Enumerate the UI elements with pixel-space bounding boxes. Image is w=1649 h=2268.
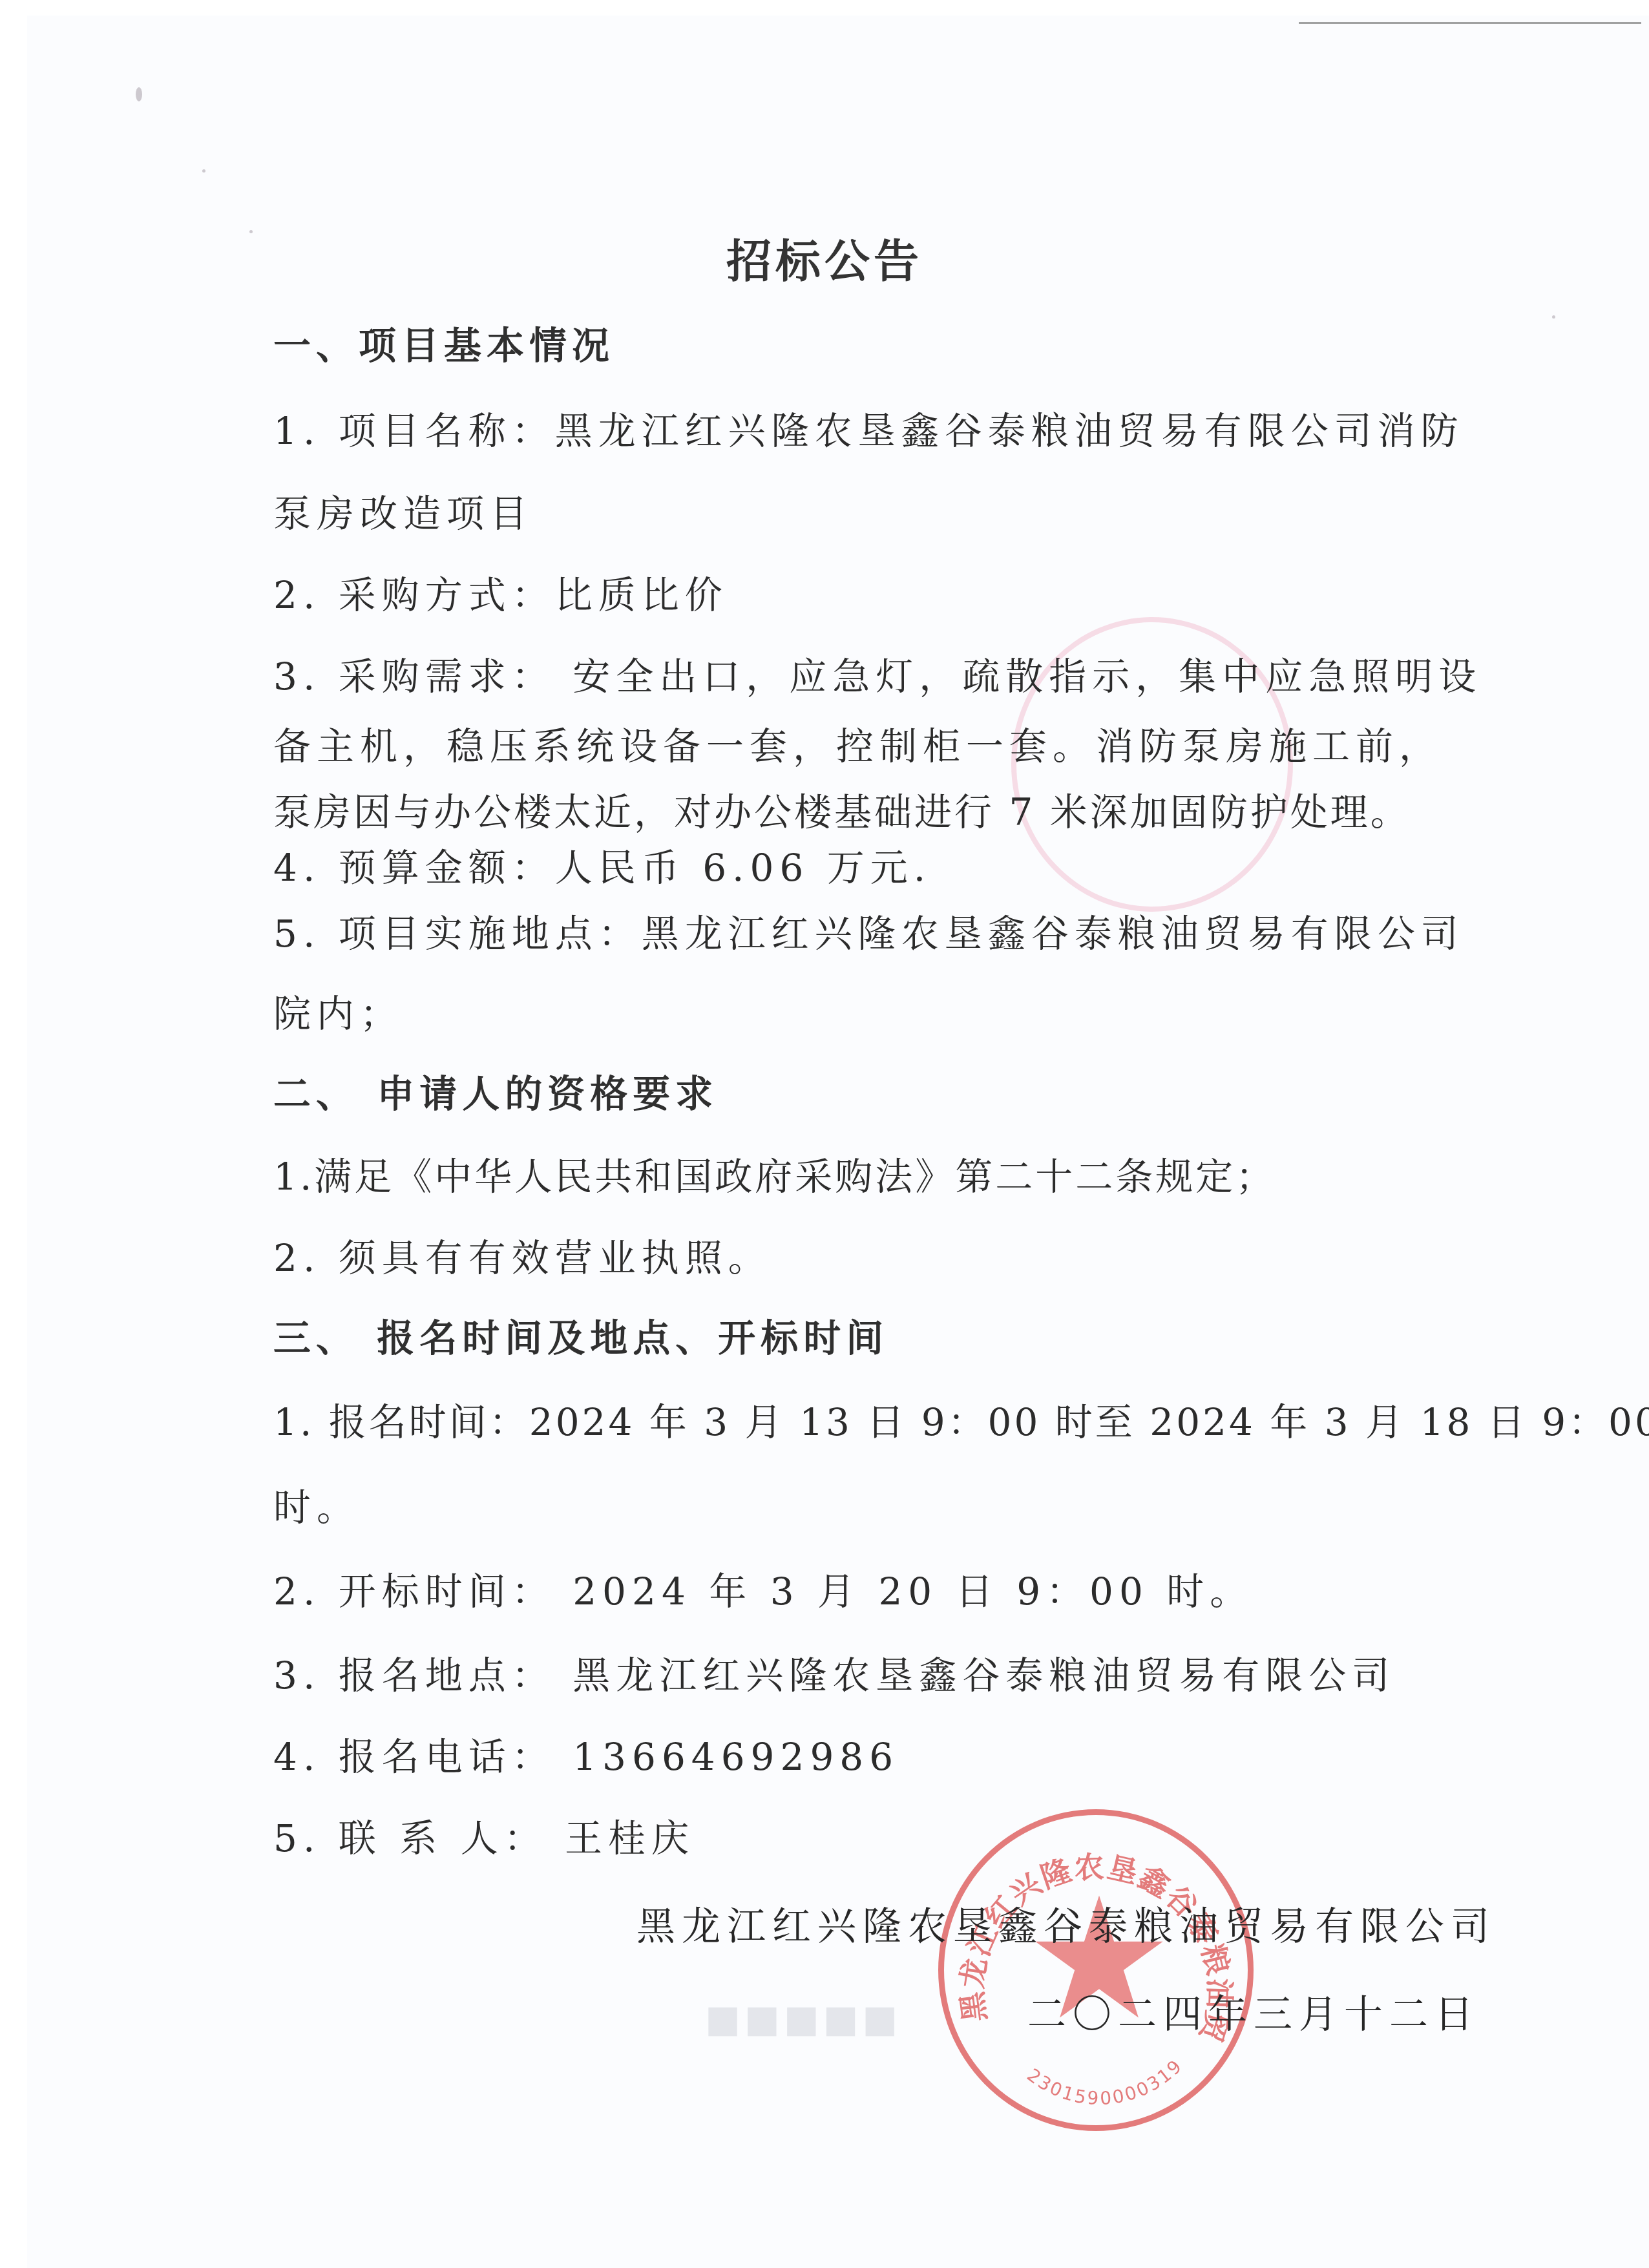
item-procurement-needs-cont-2: 泵房因与办公楼太近，对办公楼基础进行 7 米深加固防护处理。 [273, 790, 1411, 835]
item-project-name-cont: 泵房改造项目 [273, 491, 533, 536]
scan-margin-top [0, 0, 1649, 16]
item-location: 5. 项目实施地点：黑龙江红兴隆农垦鑫谷泰粮油贸易有限公司 [273, 911, 1464, 956]
signature-company: 黑龙江红兴隆农垦鑫谷泰粮油贸易有限公司 [636, 1904, 1496, 1950]
scan-speck [1552, 315, 1555, 319]
item-location-cont: 院内； [273, 991, 403, 1036]
section-heading-1: 一、项目基本情况 [273, 323, 614, 368]
scan-speck [136, 87, 142, 101]
reverse-side-show-through: ■■■■■ [701, 1997, 898, 2041]
item-registration-phone: 4. 报名电话： 13664692986 [273, 1734, 899, 1780]
item-procurement-needs-cont-1: 备主机，稳压系统设备一套，控制柜一套。消防泵房施工前， [273, 724, 1442, 769]
section-heading-3: 三、 报名时间及地点、开标时间 [273, 1316, 888, 1361]
document-title: 招标公告 [0, 234, 1649, 289]
scan-speck [249, 230, 253, 233]
svg-text:2301590000319: 2301590000319 [1023, 2055, 1187, 2109]
item-qualification-license: 2. 须具有有效营业执照。 [273, 1235, 772, 1281]
signature-date: 二〇二四年三月十二日 [1027, 1991, 1480, 2038]
section-heading-2: 二、 申请人的资格要求 [273, 1071, 718, 1117]
scan-margin-left [0, 0, 27, 2268]
scan-speck [202, 169, 205, 173]
item-registration-time-cont: 时。 [273, 1485, 360, 1530]
item-registration-place: 3. 报名地点： 黑龙江红兴隆农垦鑫谷泰粮油贸易有限公司 [273, 1653, 1395, 1698]
item-project-name: 1. 项目名称：黑龙江红兴隆农垦鑫谷泰粮油贸易有限公司消防 [273, 408, 1464, 454]
item-budget: 4. 预算金额：人民币 6.06 万元. [273, 845, 931, 890]
item-procurement-method: 2. 采购方式：比质比价 [273, 572, 728, 618]
scan-edge-line [1299, 22, 1641, 24]
item-contact-person: 5. 联 系 人： 王桂庆 [273, 1816, 695, 1861]
item-bid-opening-time: 2. 开标时间： 2024 年 3 月 20 日 9：00 时。 [273, 1569, 1253, 1614]
item-registration-time: 1. 报名时间：2024 年 3 月 13 日 9：00 时至 2024 年 3… [273, 1400, 1649, 1445]
company-seal: 黑龙江红兴隆农垦鑫谷泰粮油贸易有限公司 2301590000319 [938, 1809, 1254, 2131]
item-procurement-needs: 3. 采购需求： 安全出口，应急灯，疏散指示，集中应急照明设 [273, 654, 1482, 699]
scanned-page: ■■■■■ 招标公告 一、项目基本情况 1. 项目名称：黑龙江红兴隆农垦鑫谷泰粮… [0, 0, 1649, 2268]
item-qualification-law: 1.满足《中华人民共和国政府采购法》第二十二条规定； [273, 1154, 1276, 1199]
